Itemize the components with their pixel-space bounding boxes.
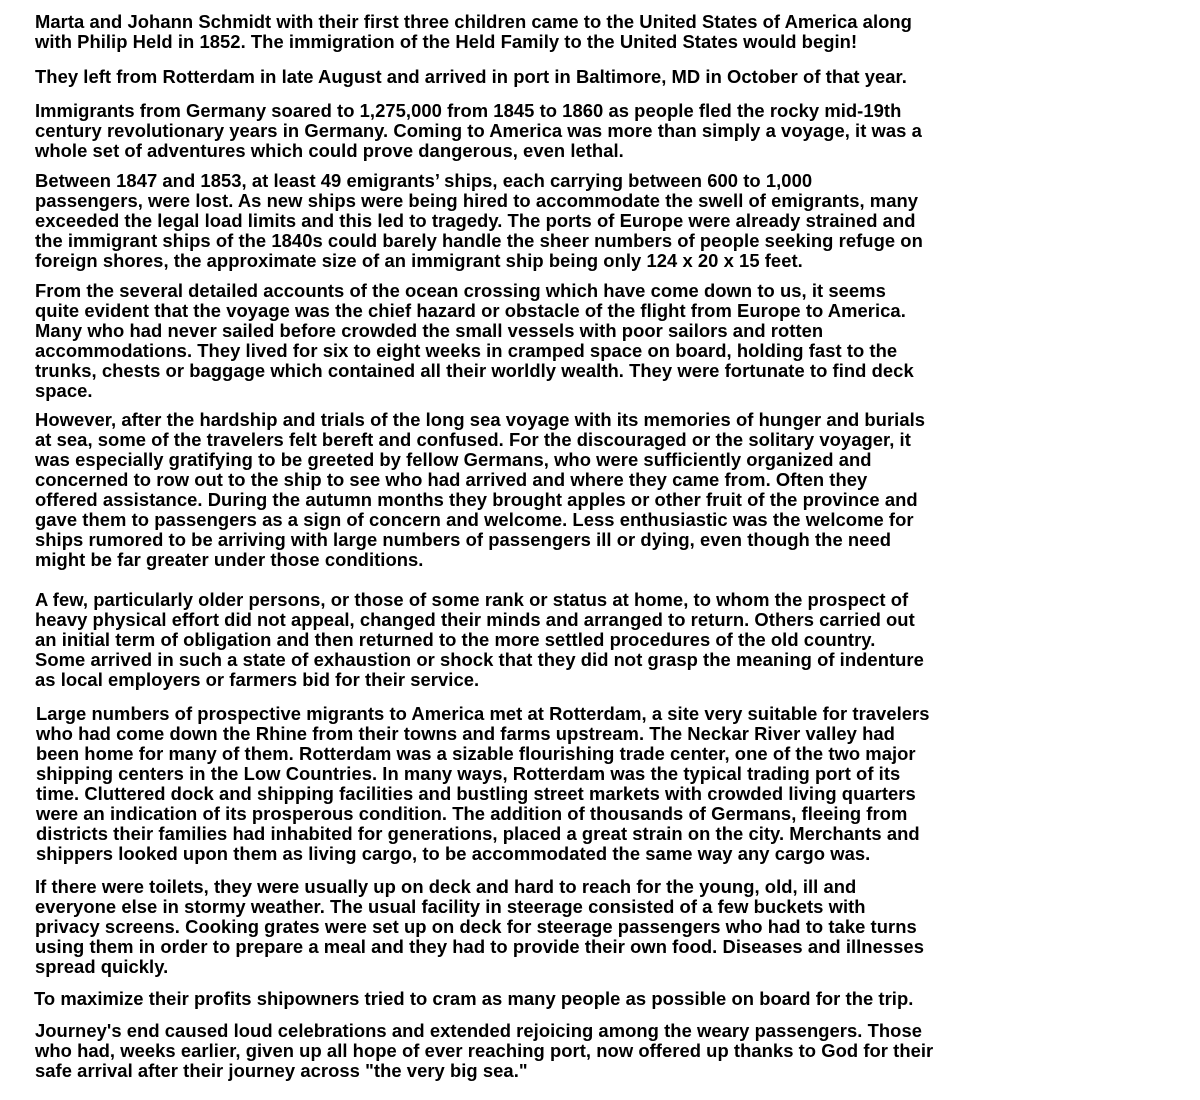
text-line: everyone else in stormy weather. The usu… — [35, 897, 1170, 917]
text-line: space. — [35, 381, 1170, 401]
paragraph-journeys-end: Journey's end caused loud celebrations a… — [35, 1021, 1170, 1081]
text-line: However, after the hardship and trials o… — [35, 410, 1170, 430]
paragraph-conditions-on-board: If there were toilets, they were usually… — [35, 877, 1170, 977]
text-line: Marta and Johann Schmidt with their firs… — [35, 12, 1170, 32]
text-line: Between 1847 and 1853, at least 49 emigr… — [35, 171, 1170, 191]
text-line: who had, weeks earlier, given up all hop… — [35, 1041, 1170, 1061]
text-line: offered assistance. During the autumn mo… — [35, 490, 1170, 510]
text-line: an initial term of obligation and then r… — [35, 630, 1170, 650]
text-line: shipping centers in the Low Countries. I… — [36, 764, 1171, 784]
text-line: passengers, were lost. As new ships were… — [35, 191, 1170, 211]
paragraph-profits: To maximize their profits shipowners tri… — [34, 989, 1169, 1009]
text-line: heavy physical effort did not appeal, ch… — [35, 610, 1170, 630]
text-line: Large numbers of prospective migrants to… — [36, 704, 1171, 724]
text-line: time. Cluttered dock and shipping facili… — [36, 784, 1171, 804]
text-line: ships rumored to be arriving with large … — [35, 530, 1170, 550]
paragraph-lost-ships: Between 1847 and 1853, at least 49 emigr… — [35, 171, 1170, 271]
paragraph-ocean-crossing: From the several detailed accounts of th… — [35, 281, 1170, 401]
paragraph-departure: They left from Rotterdam in late August … — [35, 67, 1170, 87]
text-line: century revolutionary years in Germany. … — [35, 121, 1170, 141]
text-line: To maximize their profits shipowners tri… — [34, 989, 1169, 1009]
text-line: with Philip Held in 1852. The immigratio… — [35, 32, 1170, 52]
text-line: at sea, some of the travelers felt beref… — [35, 430, 1170, 450]
text-line: as local employers or farmers bid for th… — [35, 670, 1170, 690]
paragraph-return-home: A few, particularly older persons, or th… — [35, 590, 1170, 690]
text-line: shippers looked upon them as living carg… — [36, 844, 1171, 864]
text-line: foreign shores, the approximate size of … — [35, 251, 1170, 271]
text-line: privacy screens. Cooking grates were set… — [35, 917, 1170, 937]
paragraph-greeting: However, after the hardship and trials o… — [35, 410, 1170, 570]
text-line: was especially gratifying to be greeted … — [35, 450, 1170, 470]
text-line: trunks, chests or baggage which containe… — [35, 361, 1170, 381]
text-line: who had come down the Rhine from their t… — [36, 724, 1171, 744]
text-line: Immigrants from Germany soared to 1,275,… — [35, 101, 1170, 121]
text-line: concerned to row out to the ship to see … — [35, 470, 1170, 490]
text-line: Some arrived in such a state of exhausti… — [35, 650, 1170, 670]
paragraph-rotterdam: Large numbers of prospective migrants to… — [36, 704, 1171, 864]
text-line: If there were toilets, they were usually… — [35, 877, 1170, 897]
text-line: They left from Rotterdam in late August … — [35, 67, 1170, 87]
text-line: districts their families had inhabited f… — [36, 824, 1171, 844]
text-line: been home for many of them. Rotterdam wa… — [36, 744, 1171, 764]
text-line: accommodations. They lived for six to ei… — [35, 341, 1170, 361]
text-line: gave them to passengers as a sign of con… — [35, 510, 1170, 530]
text-line: spread quickly. — [35, 957, 1170, 977]
paragraph-immigration-numbers: Immigrants from Germany soared to 1,275,… — [35, 101, 1170, 161]
text-line: using them in order to prepare a meal an… — [35, 937, 1170, 957]
text-line: Journey's end caused loud celebrations a… — [35, 1021, 1170, 1041]
text-line: might be far greater under those conditi… — [35, 550, 1170, 570]
text-line: Many who had never sailed before crowded… — [35, 321, 1170, 341]
text-line: the immigrant ships of the 1840s could b… — [35, 231, 1170, 251]
text-line: exceeded the legal load limits and this … — [35, 211, 1170, 231]
text-line: quite evident that the voyage was the ch… — [35, 301, 1170, 321]
text-line: From the several detailed accounts of th… — [35, 281, 1170, 301]
paragraph-arrival-intro: Marta and Johann Schmidt with their firs… — [35, 12, 1170, 52]
text-line: were an indication of its prosperous con… — [36, 804, 1171, 824]
text-line: A few, particularly older persons, or th… — [35, 590, 1170, 610]
text-line: whole set of adventures which could prov… — [35, 141, 1170, 161]
text-line: safe arrival after their journey across … — [35, 1061, 1170, 1081]
